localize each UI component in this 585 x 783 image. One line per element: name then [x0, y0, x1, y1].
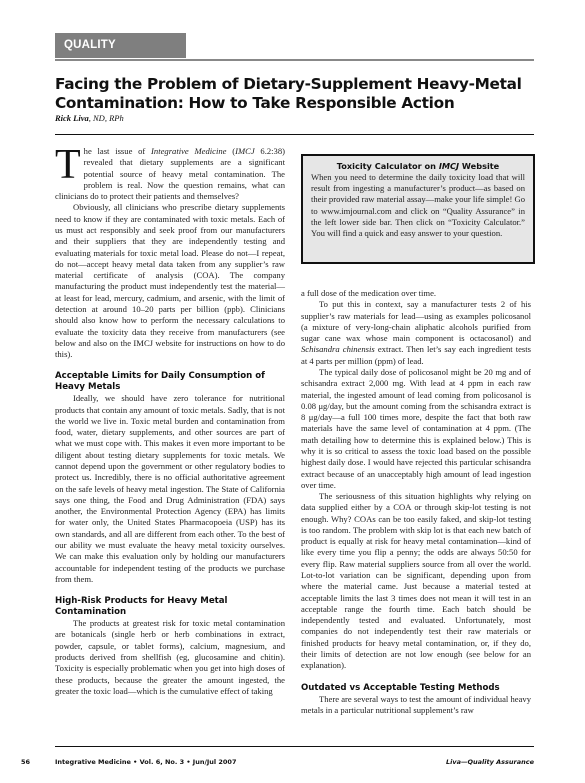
author-credentials: , ND, RPh	[89, 113, 124, 123]
right-column: a full dose of the medication over time.…	[301, 288, 531, 716]
species-name: Schisandra chinensis	[301, 344, 375, 354]
author-name: Rick Liva	[55, 113, 89, 123]
drop-cap: T	[55, 148, 81, 182]
section-heading-testing-methods: Outdated vs Acceptable Testing Methods	[301, 683, 531, 694]
sidebar-body: When you need to determine the daily tox…	[311, 172, 525, 239]
journal-name: Integrative Medicine	[151, 146, 226, 156]
paragraph: The products at greatest risk for toxic …	[55, 618, 285, 697]
article-title: Facing the Problem of Dietary-Supplement…	[55, 75, 545, 113]
text-run: To put this in context, say a manufactur…	[301, 299, 531, 343]
section-heading-acceptable-limits: Acceptable Limits for Daily Consumption …	[55, 371, 285, 393]
toxicity-calculator-sidebar: Toxicity Calculator on IMCJ Website When…	[301, 154, 535, 264]
paragraph: Ideally, we should have zero tolerance f…	[55, 393, 285, 585]
section-heading-high-risk-products: High-Risk Products for Heavy Metal Conta…	[55, 596, 285, 618]
journal-abbr: IMCJ	[439, 161, 459, 171]
text-run: Toxicity Calculator on	[337, 161, 439, 171]
journal-abbr: IMCJ	[235, 146, 255, 156]
text-run: he last issue of	[84, 146, 151, 156]
byline: Rick Liva, ND, RPh	[55, 113, 124, 123]
paragraph: Obviously, all clinicians who prescribe …	[55, 202, 285, 360]
paragraph: The typical daily dose of policosanol mi…	[301, 367, 531, 491]
paragraph: The seriousness of this situation highli…	[301, 491, 531, 672]
footer-divider	[55, 746, 534, 747]
intro-paragraph: The last issue of Integrative Medicine (…	[55, 146, 285, 202]
paragraph: a full dose of the medication over time.	[301, 288, 531, 299]
section-label: QUALITY ASSURANCE	[55, 33, 186, 58]
paragraph: There are several ways to test the amoun…	[301, 694, 531, 717]
text-run: Website	[459, 161, 499, 171]
text-run: (	[226, 146, 235, 156]
section-divider	[55, 59, 534, 61]
paragraph: To put this in context, say a manufactur…	[301, 299, 531, 367]
sidebar-title: Toxicity Calculator on IMCJ Website	[311, 160, 525, 172]
page-number: 56	[21, 758, 30, 766]
running-head: Liva—Quality Assurance	[446, 758, 534, 766]
title-divider	[55, 134, 534, 135]
left-column: The last issue of Integrative Medicine (…	[55, 146, 285, 697]
journal-citation: Integrative Medicine • Vol. 6, No. 3 • J…	[55, 758, 236, 766]
